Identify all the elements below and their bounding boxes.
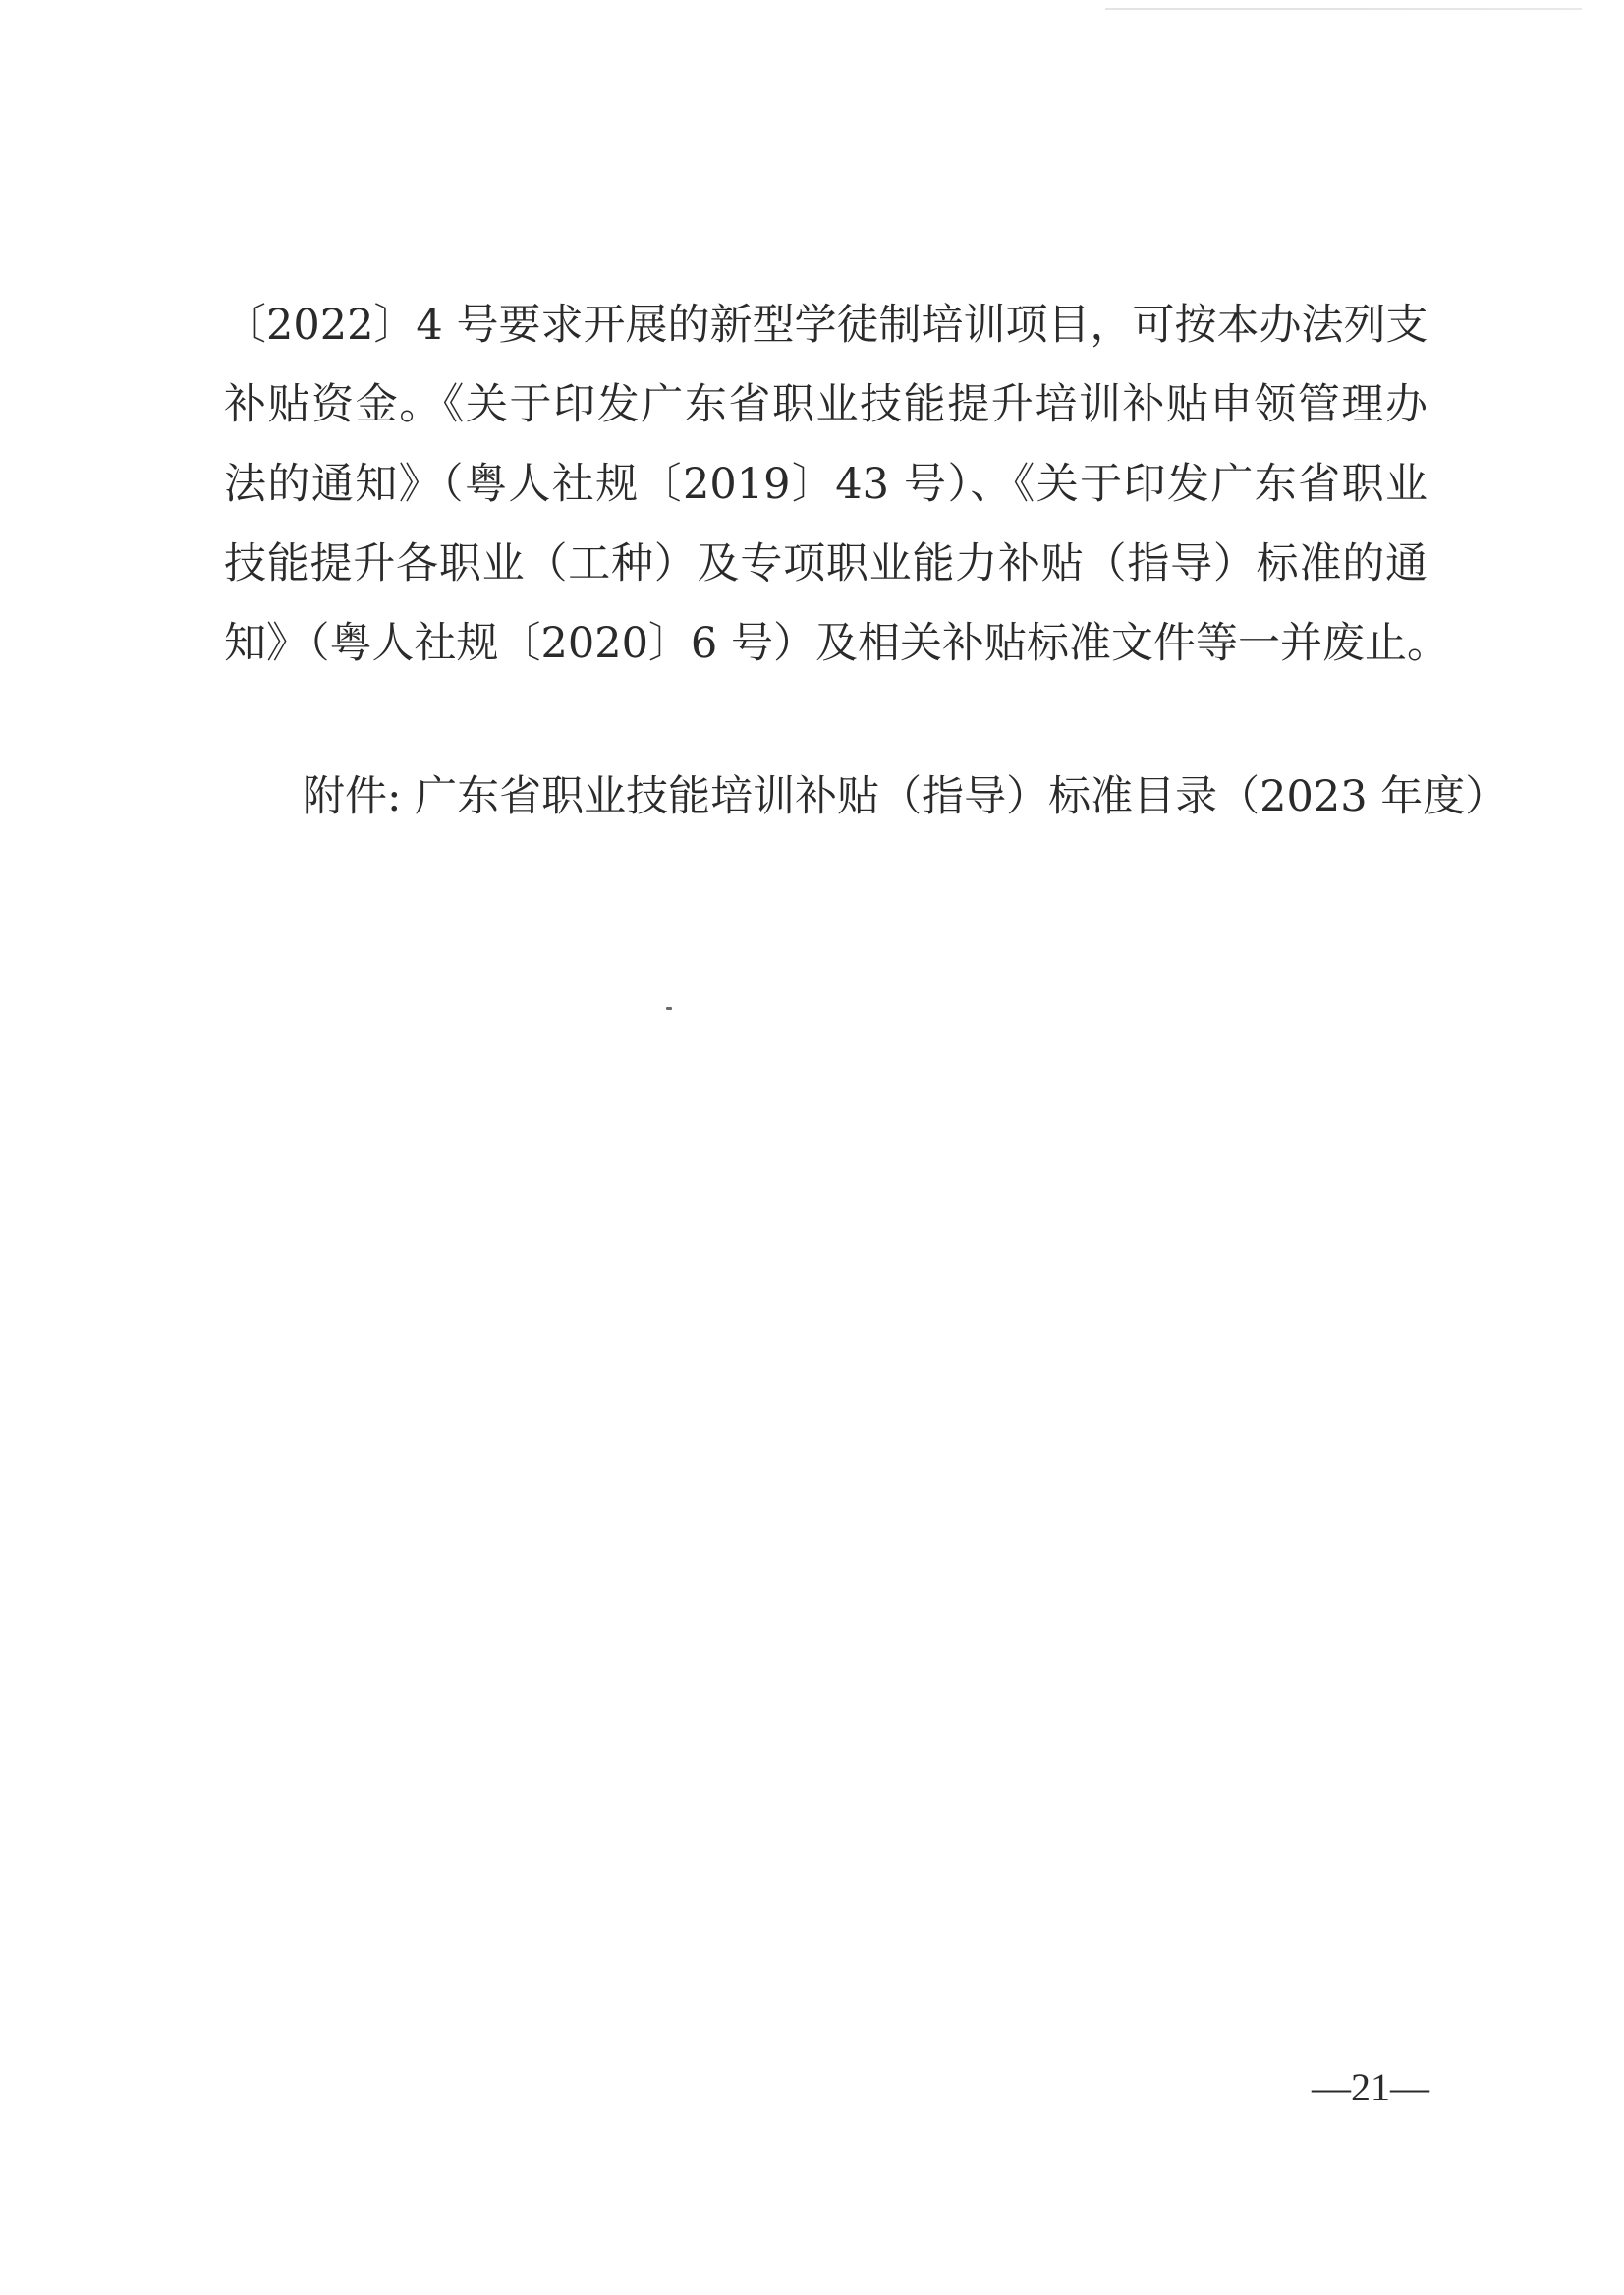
attachment-note: 附件: 广东省职业技能培训补贴（指导）标准目录（2023 年度）	[303, 769, 1437, 824]
body-line-5: 知》（粤人社规〔2020〕6 号）及相关补贴标准文件等一并废止。	[224, 616, 1428, 696]
body-line-4: 技能提升各职业（工种）及专项职业能力补贴（指导）标准的通	[224, 536, 1428, 616]
scan-artifact-line	[1105, 8, 1582, 10]
body-line-3: 法的通知》（粤人社规〔2019〕43 号）、《关于印发广东省职业	[224, 457, 1428, 536]
body-line-1: 〔2022〕4 号要求开展的新型学徒制培训项目，可按本办法列支	[224, 298, 1428, 377]
page-number: —21—	[1312, 2063, 1429, 2112]
body-paragraph: 〔2022〕4 号要求开展的新型学徒制培训项目，可按本办法列支 补贴资金。《关于…	[224, 298, 1428, 696]
scan-artifact-dot	[666, 1007, 672, 1010]
body-line-2: 补贴资金。《关于印发广东省职业技能提升培训补贴申领管理办	[224, 377, 1428, 457]
